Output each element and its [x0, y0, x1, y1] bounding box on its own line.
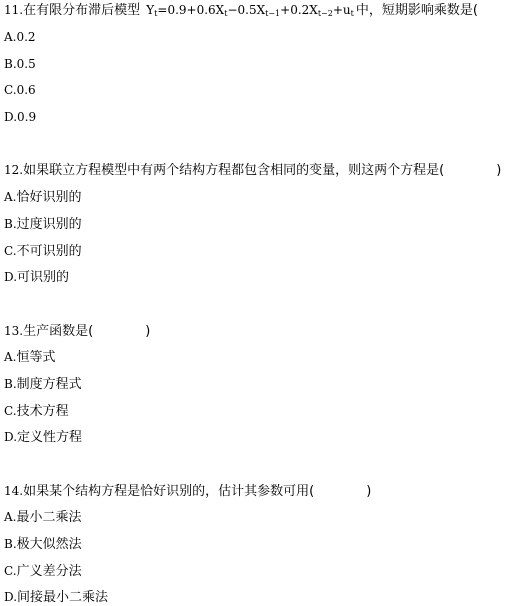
option-c: C.广义差分法: [4, 558, 526, 585]
option-d: D.定义性方程: [4, 424, 526, 451]
question-14: 14.如果某个结构方程是恰好识别的，估计其参数可用() A.最小二乘法 B.极大…: [4, 478, 526, 606]
option-c: C.不可识别的: [4, 238, 526, 265]
answer-paren-open: (: [439, 158, 444, 185]
stem-text: 如果联立方程模型中有两个结构方程都包含相同的变量，则这两个方程是: [23, 163, 439, 178]
answer-paren-close: ): [366, 479, 371, 506]
option-a: A.0.2: [4, 24, 526, 51]
option-c: C.0.6: [4, 77, 526, 104]
question-number: 13.: [4, 324, 23, 338]
option-a: A.恒等式: [4, 344, 526, 371]
answer-paren-open: (: [309, 479, 314, 506]
stem-text-before: 在有限分布滞后模型: [23, 3, 140, 18]
option-b: B.过度识别的: [4, 211, 526, 238]
spacer: [4, 451, 526, 478]
stem-text: 如果某个结构方程是恰好识别的，估计其参数可用: [23, 484, 309, 499]
question-number: 12.: [4, 163, 23, 177]
option-d: D.0.9: [4, 104, 526, 131]
option-a: A.恰好识别的: [4, 184, 526, 211]
exam-page: 11.在有限分布滞后模型 Yt=0.9+0.6Xt−0.5Xt−1+0.2Xt−…: [4, 0, 526, 606]
question-stem: 11.在有限分布滞后模型 Yt=0.9+0.6Xt−0.5Xt−1+0.2Xt−…: [4, 0, 526, 21]
spacer: [4, 291, 526, 318]
stem-text: 生产函数是: [23, 324, 88, 339]
question-number: 11.: [4, 3, 23, 17]
question-12: 12.如果联立方程模型中有两个结构方程都包含相同的变量，则这两个方程是() A.…: [4, 157, 526, 290]
formula: Yt=0.9+0.6Xt−0.5Xt−1+0.2Xt−2+ut: [146, 3, 354, 17]
question-13: 13.生产函数是() A.恒等式 B.制度方程式 C.技术方程 D.定义性方程: [4, 318, 526, 451]
answer-paren-close: ): [145, 319, 150, 346]
option-a: A.最小二乘法: [4, 504, 526, 531]
option-c: C.技术方程: [4, 398, 526, 425]
answer-paren-open: (: [473, 0, 478, 21]
option-b: B.0.5: [4, 51, 526, 78]
option-b: B.极大似然法: [4, 531, 526, 558]
question-stem: 13.生产函数是(): [4, 318, 526, 345]
option-d: D.可识别的: [4, 264, 526, 291]
stem-text-after: 中，短期影响乘数是: [356, 3, 473, 18]
spacer: [4, 131, 526, 158]
answer-paren-close: ): [496, 158, 501, 185]
question-stem: 12.如果联立方程模型中有两个结构方程都包含相同的变量，则这两个方程是(): [4, 157, 526, 184]
question-stem: 14.如果某个结构方程是恰好识别的，估计其参数可用(): [4, 478, 526, 505]
question-11: 11.在有限分布滞后模型 Yt=0.9+0.6Xt−0.5Xt−1+0.2Xt−…: [4, 0, 526, 131]
option-b: B.制度方程式: [4, 371, 526, 398]
option-d: D.间接最小二乘法: [4, 584, 526, 606]
question-number: 14.: [4, 484, 23, 498]
answer-paren-open: (: [88, 319, 93, 346]
